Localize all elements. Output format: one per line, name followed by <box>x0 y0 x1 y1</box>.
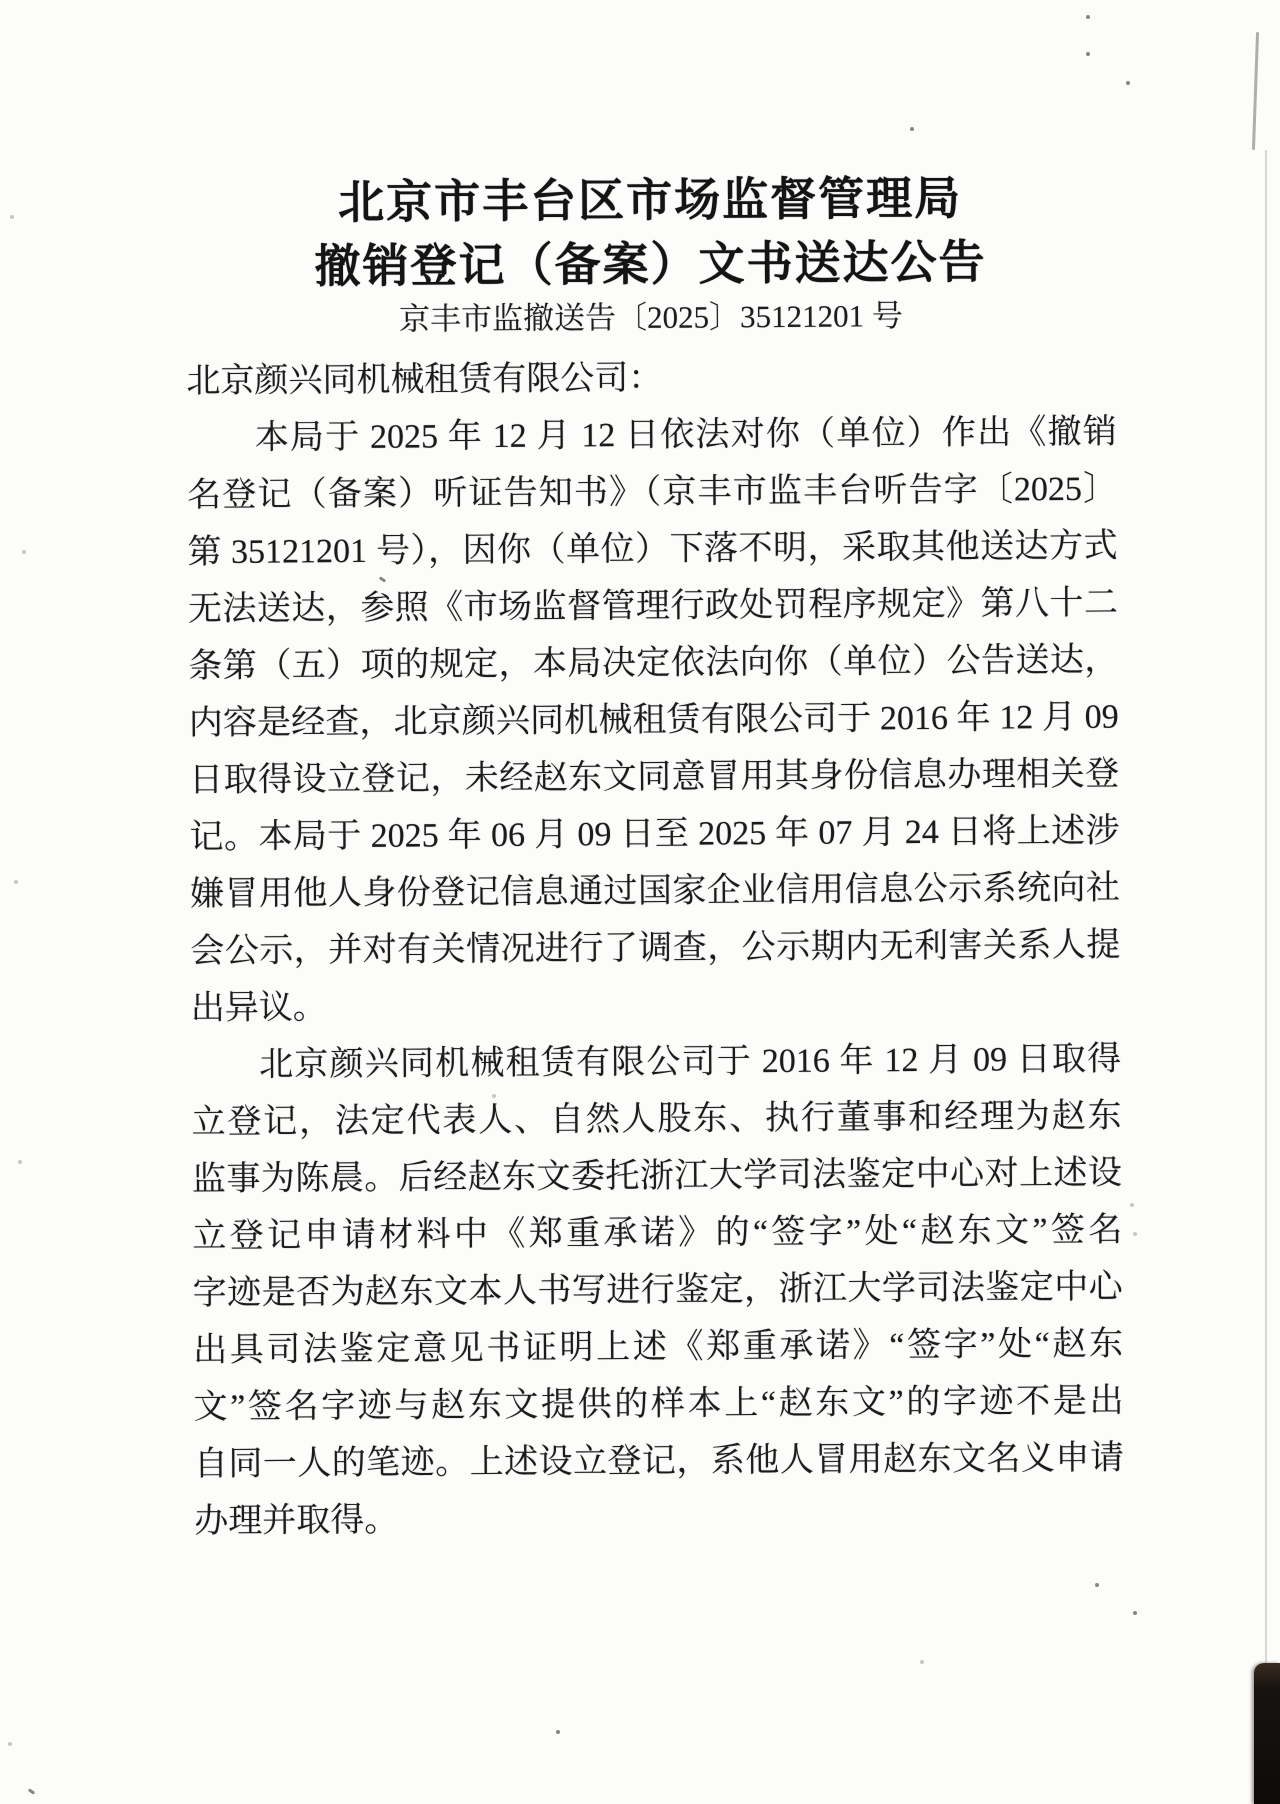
body-line: 第 35121201 号），因你（单位）下落不明，采取其他送达方式 <box>187 518 1117 581</box>
scan-speck <box>556 1730 560 1734</box>
body-line: 自同一人的笔迹。上述设立登记，系他人冒用赵东文名义申请 <box>194 1430 1124 1493</box>
body-line: 文”签名字迹与赵东文提供的样本上“赵东文”的字迹不是出 <box>193 1373 1123 1436</box>
scan-speck <box>8 1742 12 1746</box>
body-line: 本局于 2025 年 12 月 12 日依法对你（单位）作出《撤销冒 <box>187 404 1117 467</box>
body-line: 日取得设立登记，未经赵东文同意冒用其身份信息办理相关登 <box>189 746 1119 809</box>
body-line: 会公示，并对有关情况进行了调查，公示期内无利害关系人提 <box>190 917 1120 980</box>
scan-speck <box>1086 52 1090 56</box>
body-line: 出具司法鉴定意见书证明上述《郑重承诺》“签字”处“赵东 <box>193 1316 1123 1379</box>
body-line: 监事为陈晨。后经赵东文委托浙江大学司法鉴定中心对上述设 <box>192 1145 1122 1208</box>
document-content: 北京市丰台区市场监督管理局 撤销登记（备案）文书送达公告 京丰市监撤送告〔202… <box>0 0 1280 1804</box>
document-title: 北京市丰台区市场监督管理局 撤销登记（备案）文书送达公告 <box>185 165 1116 299</box>
scanned-document-page: 北京市丰台区市场监督管理局 撤销登记（备案）文书送达公告 京丰市监撤送告〔202… <box>0 0 1280 1804</box>
scan-speck <box>1130 1203 1134 1207</box>
body-line: 北京颜兴同机械租赁有限公司： <box>186 347 1116 410</box>
body-line: 字迹是否为赵东文本人书写进行鉴定，浙江大学司法鉴定中心 <box>193 1259 1123 1322</box>
body-line: 条第（五）项的规定，本局决定依法向你（单位）公告送达， <box>188 632 1118 695</box>
scan-speck <box>14 880 18 884</box>
scan-speck <box>1095 1583 1099 1587</box>
scan-speck <box>910 127 914 131</box>
scan-ink-blob <box>1254 1663 1280 1804</box>
body-line: 立登记，法定代表人、自然人股东、执行董事和经理为赵东文， <box>191 1088 1121 1151</box>
scan-speck <box>920 1660 924 1664</box>
body-line: 北京颜兴同机械租赁有限公司于 2016 年 12 月 09 日取得设 <box>191 1031 1121 1094</box>
body-line: 出异议。 <box>191 974 1121 1037</box>
scan-speck <box>10 215 14 219</box>
title-line-2: 撤销登记（备案）文书送达公告 <box>185 229 1115 299</box>
title-line-1: 北京市丰台区市场监督管理局 <box>185 165 1115 235</box>
document-number: 京丰市监撤送告〔2025〕35121201 号 <box>186 296 1116 340</box>
body-line: 名登记（备案）听证告知书》（京丰市监丰台听告字〔2025〕 <box>187 461 1117 524</box>
scan-speck <box>492 1094 496 1098</box>
body-line: 内容是经查，北京颜兴同机械租赁有限公司于 2016 年 12 月 09 <box>189 689 1119 752</box>
scan-speck <box>1133 1611 1137 1615</box>
scan-speck <box>595 1277 599 1281</box>
body-line: 记。本局于 2025 年 06 月 09 日至 2025 年 07 月 24 日… <box>189 803 1119 866</box>
scan-speck <box>22 550 26 554</box>
body-line: 无法送达，参照《市场监督管理行政处罚程序规定》第八十二 <box>188 575 1118 638</box>
body-line: 嫌冒用他人身份登记信息通过国家企业信用信息公示系统向社 <box>190 860 1120 923</box>
body-line: 立登记申请材料中《郑重承诺》的“签字”处“赵东文”签名 <box>192 1202 1122 1265</box>
scan-page-edge-line <box>1265 150 1267 1665</box>
scan-speck <box>1126 81 1130 85</box>
document-body: 北京颜兴同机械租赁有限公司：本局于 2025 年 12 月 12 日依法对你（单… <box>186 347 1124 1550</box>
scan-speck <box>1133 1232 1137 1236</box>
scan-speck <box>18 1160 22 1164</box>
body-line: 办理并取得。 <box>194 1487 1124 1550</box>
scan-speck <box>1086 15 1090 19</box>
